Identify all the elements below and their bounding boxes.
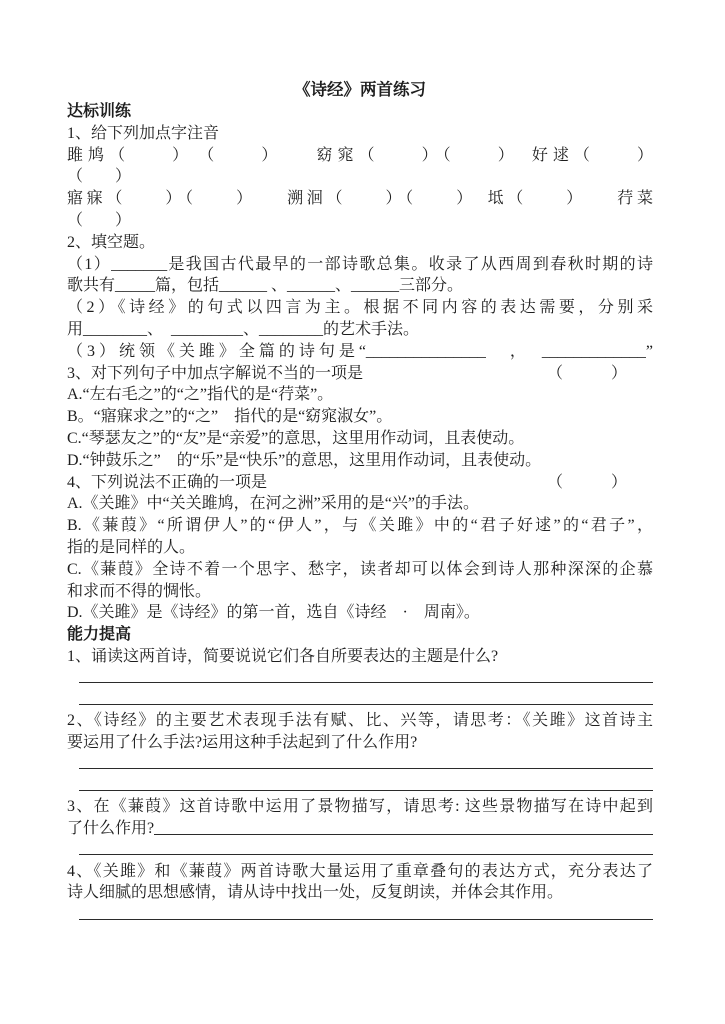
q4-option-b-line-2: 指的是同样的人。 (67, 537, 653, 559)
section-standard-training: 达标训练 1、给下列加点字注音 雎鸠（ ） （ ） 窈窕（ ）（ ） 好逑（ ）… (67, 101, 653, 624)
ability-q1-prompt: 1、诵读这两首诗，简要说说它们各自所要表达的主题是什么? (67, 646, 653, 668)
q2-prompt: 2、填空题。 (67, 232, 653, 254)
q3-stem: 3、对下列句子中加点字解说不当的一项是 （ ） (67, 363, 653, 385)
ability-q4-prompt-line-2: 诗人细腻的思想感情，请从诗中找出一处，反复朗读，并体会其作用。 (67, 882, 653, 904)
ability-q3-prompt-line-2-text: 了什么作用? (67, 818, 154, 840)
q2-blank-1-line-2: 歌共有_____篇，包括______ 、______、______三部分。 (67, 275, 653, 297)
doc-title: 《诗经》两首练习 (67, 79, 653, 101)
answer-line (67, 689, 653, 711)
pinyin-row-1: 雎鸠（ ） （ ） 窈窕（ ）（ ） 好逑（ ） (67, 145, 653, 167)
ability-q2-prompt-line-1: 2、《诗经》的主要艺术表现手法有赋、比、兴等，请思考：《关雎》这首诗主 (67, 710, 653, 732)
answer-line (67, 753, 653, 775)
ability-q3-prompt-line-2: 了什么作用? (67, 818, 653, 840)
inline-blank-line (154, 818, 653, 836)
q3-option-d: D.“钟鼓乐之” 的“乐”是“快乐”的意思，这里用作动词，且表使动。 (67, 450, 653, 472)
section-heading-ability-improvement: 能力提高 (67, 624, 653, 646)
pinyin-row-1-overflow: （ ） (67, 166, 653, 188)
q4-stem: 4、下列说法不正确的一项是 （ ） (67, 472, 653, 494)
q2-blank-2-line-1: （2）《诗经》的句式以四言为主。根据不同内容的表达需要，分别采 (67, 297, 653, 319)
answer-line (67, 667, 653, 689)
ability-q4-prompt-line-1: 4、《关雎》和《蒹葭》两首诗歌大量运用了重章叠句的表达方式，充分表达了 (67, 861, 653, 883)
answer-line (67, 904, 653, 926)
pinyin-row-2: 寤寐（ ）（ ） 溯洄（ ）（ ） 坻（ ） 荇菜 (67, 188, 653, 210)
section-ability-improvement: 能力提高 1、诵读这两首诗，简要说说它们各自所要表达的主题是什么? 2、《诗经》… (67, 624, 653, 925)
q2-blank-2-line-2: 用________、 _________、________的艺术手法。 (67, 319, 653, 341)
ability-q3-prompt-line-1: 3、在《蒹葭》这首诗歌中运用了景物描写，请思考: 这些景物描写在诗中起到 (67, 796, 653, 818)
q1-prompt: 1、给下列加点字注音 (67, 123, 653, 145)
section-heading-standard-training: 达标训练 (67, 101, 653, 123)
answer-line (67, 839, 653, 861)
pinyin-row-2-overflow: （ ） (67, 210, 653, 232)
q3-option-a: A.“左右毛之”的“之”指代的是“荇菜”。 (67, 384, 653, 406)
q2-blank-1-line-1: （1）_______是我国古代最早的一部诗歌总集。收录了从西周到春秋时期的诗 (67, 254, 653, 276)
q4-option-b-line-1: B.《蒹葭》“所谓伊人”的“伊人”，与《关雎》中的“君子好逑”的“君子”， (67, 515, 653, 537)
ability-q2-prompt-line-2: 要运用了什么手法?运用这种手法起到了什么作用? (67, 732, 653, 754)
q4-option-c-line-2: 和求而不得的惆怅。 (67, 581, 653, 603)
q3-option-b: B。“寤寐求之”的“之” 指代的是“窈窕淑女”。 (67, 406, 653, 428)
q4-option-c-line-1: C.《蒹葭》全诗不着一个思字、愁字，读者却可以体会到诗人那种深深的企慕 (67, 559, 653, 581)
worksheet-page: 《诗经》两首练习 达标训练 1、给下列加点字注音 雎鸠（ ） （ ） 窈窕（ ）… (0, 0, 725, 1024)
q2-blank-3-line: （3）统领《关雎》全篇的诗句是“_______________ ， ______… (67, 341, 653, 363)
answer-line (67, 775, 653, 797)
q4-option-a: A.《关雎》中“关关雎鸠，在河之洲”采用的是“兴”的手法。 (67, 493, 653, 515)
q3-option-c: C.“琴瑟友之”的“友”是“亲爱”的意思，这里用作动词，且表使动。 (67, 428, 653, 450)
q4-option-d: D.《关雎》是《诗经》的第一首，选自《诗经 · 周南》。 (67, 602, 653, 624)
